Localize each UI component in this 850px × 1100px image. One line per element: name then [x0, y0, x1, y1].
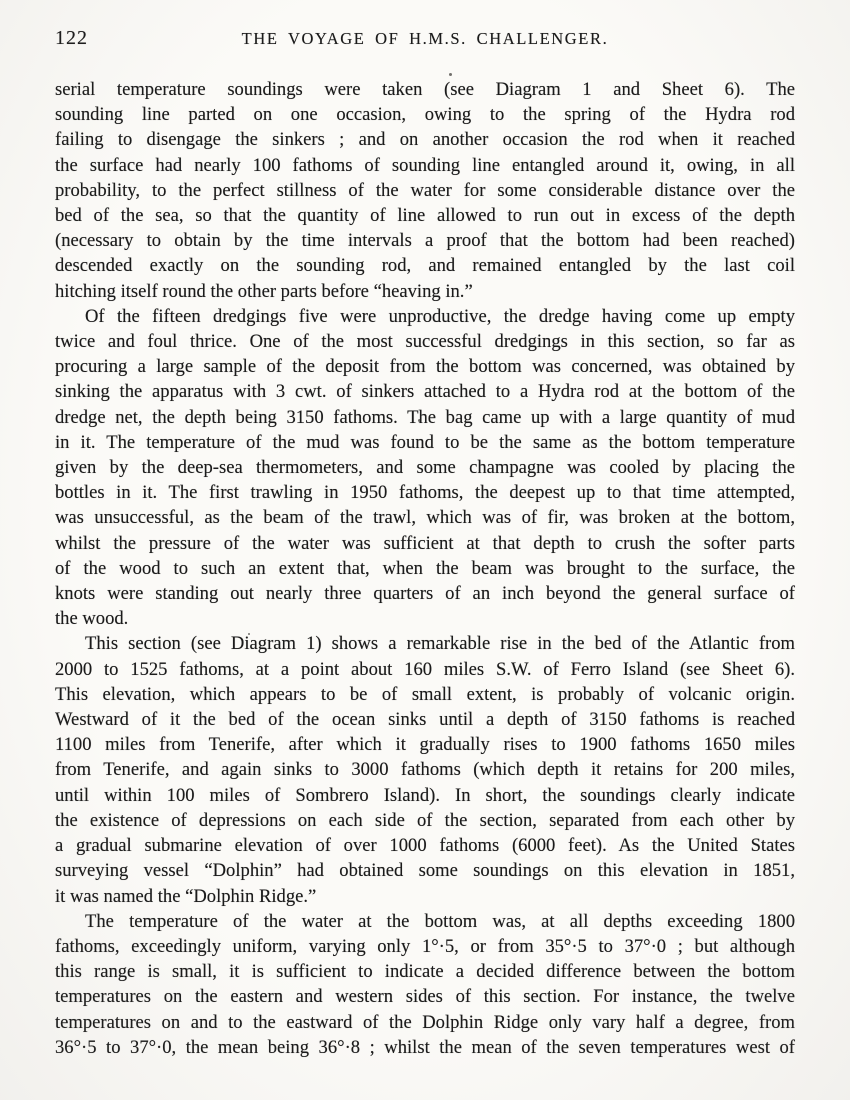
- scan-speck: [449, 73, 452, 76]
- text-line: (necessary to obtain by the time interva…: [55, 228, 795, 253]
- text-line: 36°·5 to 37°·0, the mean being 36°·8 ; w…: [55, 1035, 795, 1060]
- text-line: procuring a large sample of the deposit …: [55, 354, 795, 379]
- text-line: twice and foul thrice. One of the most s…: [55, 329, 795, 354]
- text-line: The temperature of the water at the bott…: [55, 909, 795, 934]
- text-line: temperatures on and to the eastward of t…: [55, 1010, 795, 1035]
- text-line: This section (see Diagram 1) shows a rem…: [55, 631, 795, 656]
- text-line: sinking the apparatus with 3 cwt. of sin…: [55, 379, 795, 404]
- text-line: 1100 miles from Tenerife, after which it…: [55, 732, 795, 757]
- text-line: surveying vessel “Dolphin” had obtained …: [55, 858, 795, 883]
- text-line: bottles in it. The first trawling in 195…: [55, 480, 795, 505]
- text-line: in it. The temperature of the mud was fo…: [55, 430, 795, 455]
- text-line: failing to disengage the sinkers ; and o…: [55, 127, 795, 152]
- running-title: THE VOYAGE OF H.M.S. CHALLENGER.: [0, 27, 850, 49]
- text-line: a gradual submarine elevation of over 10…: [55, 833, 795, 858]
- body-text: serial temperature soundings were taken …: [55, 77, 795, 1060]
- text-line: descended exactly on the sounding rod, a…: [55, 253, 795, 278]
- text-line: this range is small, it is sufficient to…: [55, 959, 795, 984]
- text-line: was unsuccessful, as the beam of the tra…: [55, 505, 795, 530]
- text-line: until within 100 miles of Sombrero Islan…: [55, 783, 795, 808]
- text-line: probability, to the perfect stillness of…: [55, 178, 795, 203]
- text-line: 2000 to 1525 fathoms, at a point about 1…: [55, 657, 795, 682]
- text-line: serial temperature soundings were taken …: [55, 77, 795, 102]
- text-line: from Tenerife, and again sinks to 3000 f…: [55, 757, 795, 782]
- text-line: This elevation, which appears to be of s…: [55, 682, 795, 707]
- text-line: hitching itself round the other parts be…: [55, 279, 795, 304]
- page-number: 122: [55, 27, 88, 50]
- book-page: 122 THE VOYAGE OF H.M.S. CHALLENGER. ser…: [0, 0, 850, 1100]
- page-header: 122 THE VOYAGE OF H.M.S. CHALLENGER.: [0, 27, 850, 53]
- text-line: the wood.: [55, 606, 795, 631]
- text-line: Of the fifteen dredgings five were unpro…: [55, 304, 795, 329]
- text-line: bed of the sea, so that the quantity of …: [55, 203, 795, 228]
- text-line: fathoms, exceedingly uniform, varying on…: [55, 934, 795, 959]
- text-line: knots were standing out nearly three qua…: [55, 581, 795, 606]
- text-line: whilst the pressure of the water was suf…: [55, 531, 795, 556]
- text-line: the surface had nearly 100 fathoms of so…: [55, 153, 795, 178]
- text-line: temperatures on the eastern and western …: [55, 984, 795, 1009]
- text-line: sounding line parted on one occasion, ow…: [55, 102, 795, 127]
- scan-speck: [418, 419, 421, 422]
- scan-speck: [248, 633, 250, 635]
- text-line: given by the deep-sea thermometers, and …: [55, 455, 795, 480]
- text-line: dredge net, the depth being 3150 fathoms…: [55, 405, 795, 430]
- text-line: Westward of it the bed of the ocean sink…: [55, 707, 795, 732]
- text-line: the existence of depressions on each sid…: [55, 808, 795, 833]
- text-line: of the wood to such an extent that, when…: [55, 556, 795, 581]
- text-line: it was named the “Dolphin Ridge.”: [55, 884, 795, 909]
